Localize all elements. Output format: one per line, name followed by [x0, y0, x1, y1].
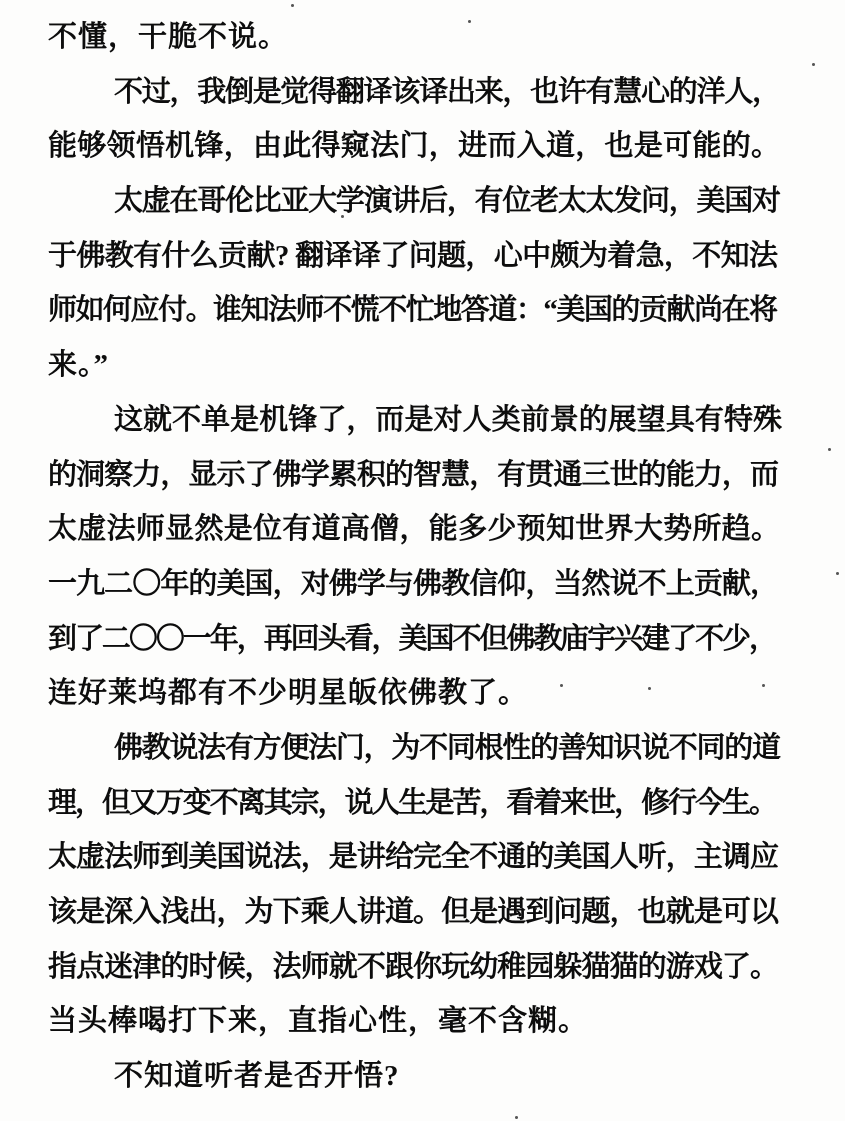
text-line: 不过，我倒是觉得翻译该译出来，也许有慧心的洋人， [48, 65, 805, 120]
text-line: 的洞察力，显示了佛学累积的智慧，有贯通三世的能力，而 [48, 448, 805, 503]
text-line: 该是深入浅出，为下乘人讲道。但是遇到问题，也就是可以 [48, 885, 805, 940]
text-line: 当头棒喝打下来，直指心性，毫不含糊。 [48, 994, 805, 1049]
scan-speck [515, 1116, 518, 1119]
text-line: 太虚在哥伦比亚大学演讲后，有位老太太发问，美国对 [48, 174, 805, 229]
scan-speck [812, 63, 815, 66]
scan-speck [560, 684, 563, 687]
text-line: 能够领悟机锋，由此得窥法门，进而入道，也是可能的。 [48, 119, 805, 174]
scan-speck [341, 215, 344, 218]
text-line: 于佛教有什么贡献? 翻译译了问题，心中颇为着急，不知法 [48, 229, 805, 284]
text-line: 来。” [48, 338, 805, 393]
text-line: 太虚法师显然是位有道高僧，能多少预知世界大势所趋。 [48, 502, 805, 557]
scan-speck [828, 448, 831, 451]
text-block: 不懂，干脆不说。不过，我倒是觉得翻译该译出来，也许有慧心的洋人，能够领悟机锋，由… [48, 10, 805, 1104]
text-line: 太虚法师到美国说法，是讲给完全不通的美国人听，主调应 [48, 830, 805, 885]
scan-speck [762, 684, 765, 687]
text-line: 连好莱坞都有不少明星皈依佛教了。 [48, 666, 805, 721]
scan-speck [836, 572, 839, 575]
text-line: 师如何应付。谁知法师不慌不忙地答道：“美国的贡献尚在将 [48, 283, 805, 338]
page: 不懂，干脆不说。不过，我倒是觉得翻译该译出来，也许有慧心的洋人，能够领悟机锋，由… [0, 0, 845, 1121]
text-line: 到了二〇〇一年，再回头看，美国不但佛教庙宇兴建了不少， [48, 612, 805, 667]
scan-speck [648, 687, 651, 690]
text-line: 不懂，干脆不说。 [48, 10, 805, 65]
text-line: 理，但又万变不离其宗，说人生是苦，看着来世，修行今生。 [48, 776, 805, 831]
text-line: 指点迷津的时候，法师就不跟你玩幼稚园躲猫猫的游戏了。 [48, 940, 805, 995]
scan-speck [468, 20, 471, 23]
text-line: 一九二〇年的美国，对佛学与佛教信仰，当然说不上贡献， [48, 557, 805, 612]
scan-speck [291, 4, 294, 7]
text-line: 佛教说法有方便法门，为不同根性的善知识说不同的道 [48, 721, 805, 776]
text-line: 这就不单是机锋了，而是对人类前景的展望具有特殊 [48, 393, 805, 448]
text-line: 不知道听者是否开悟? [48, 1049, 805, 1104]
